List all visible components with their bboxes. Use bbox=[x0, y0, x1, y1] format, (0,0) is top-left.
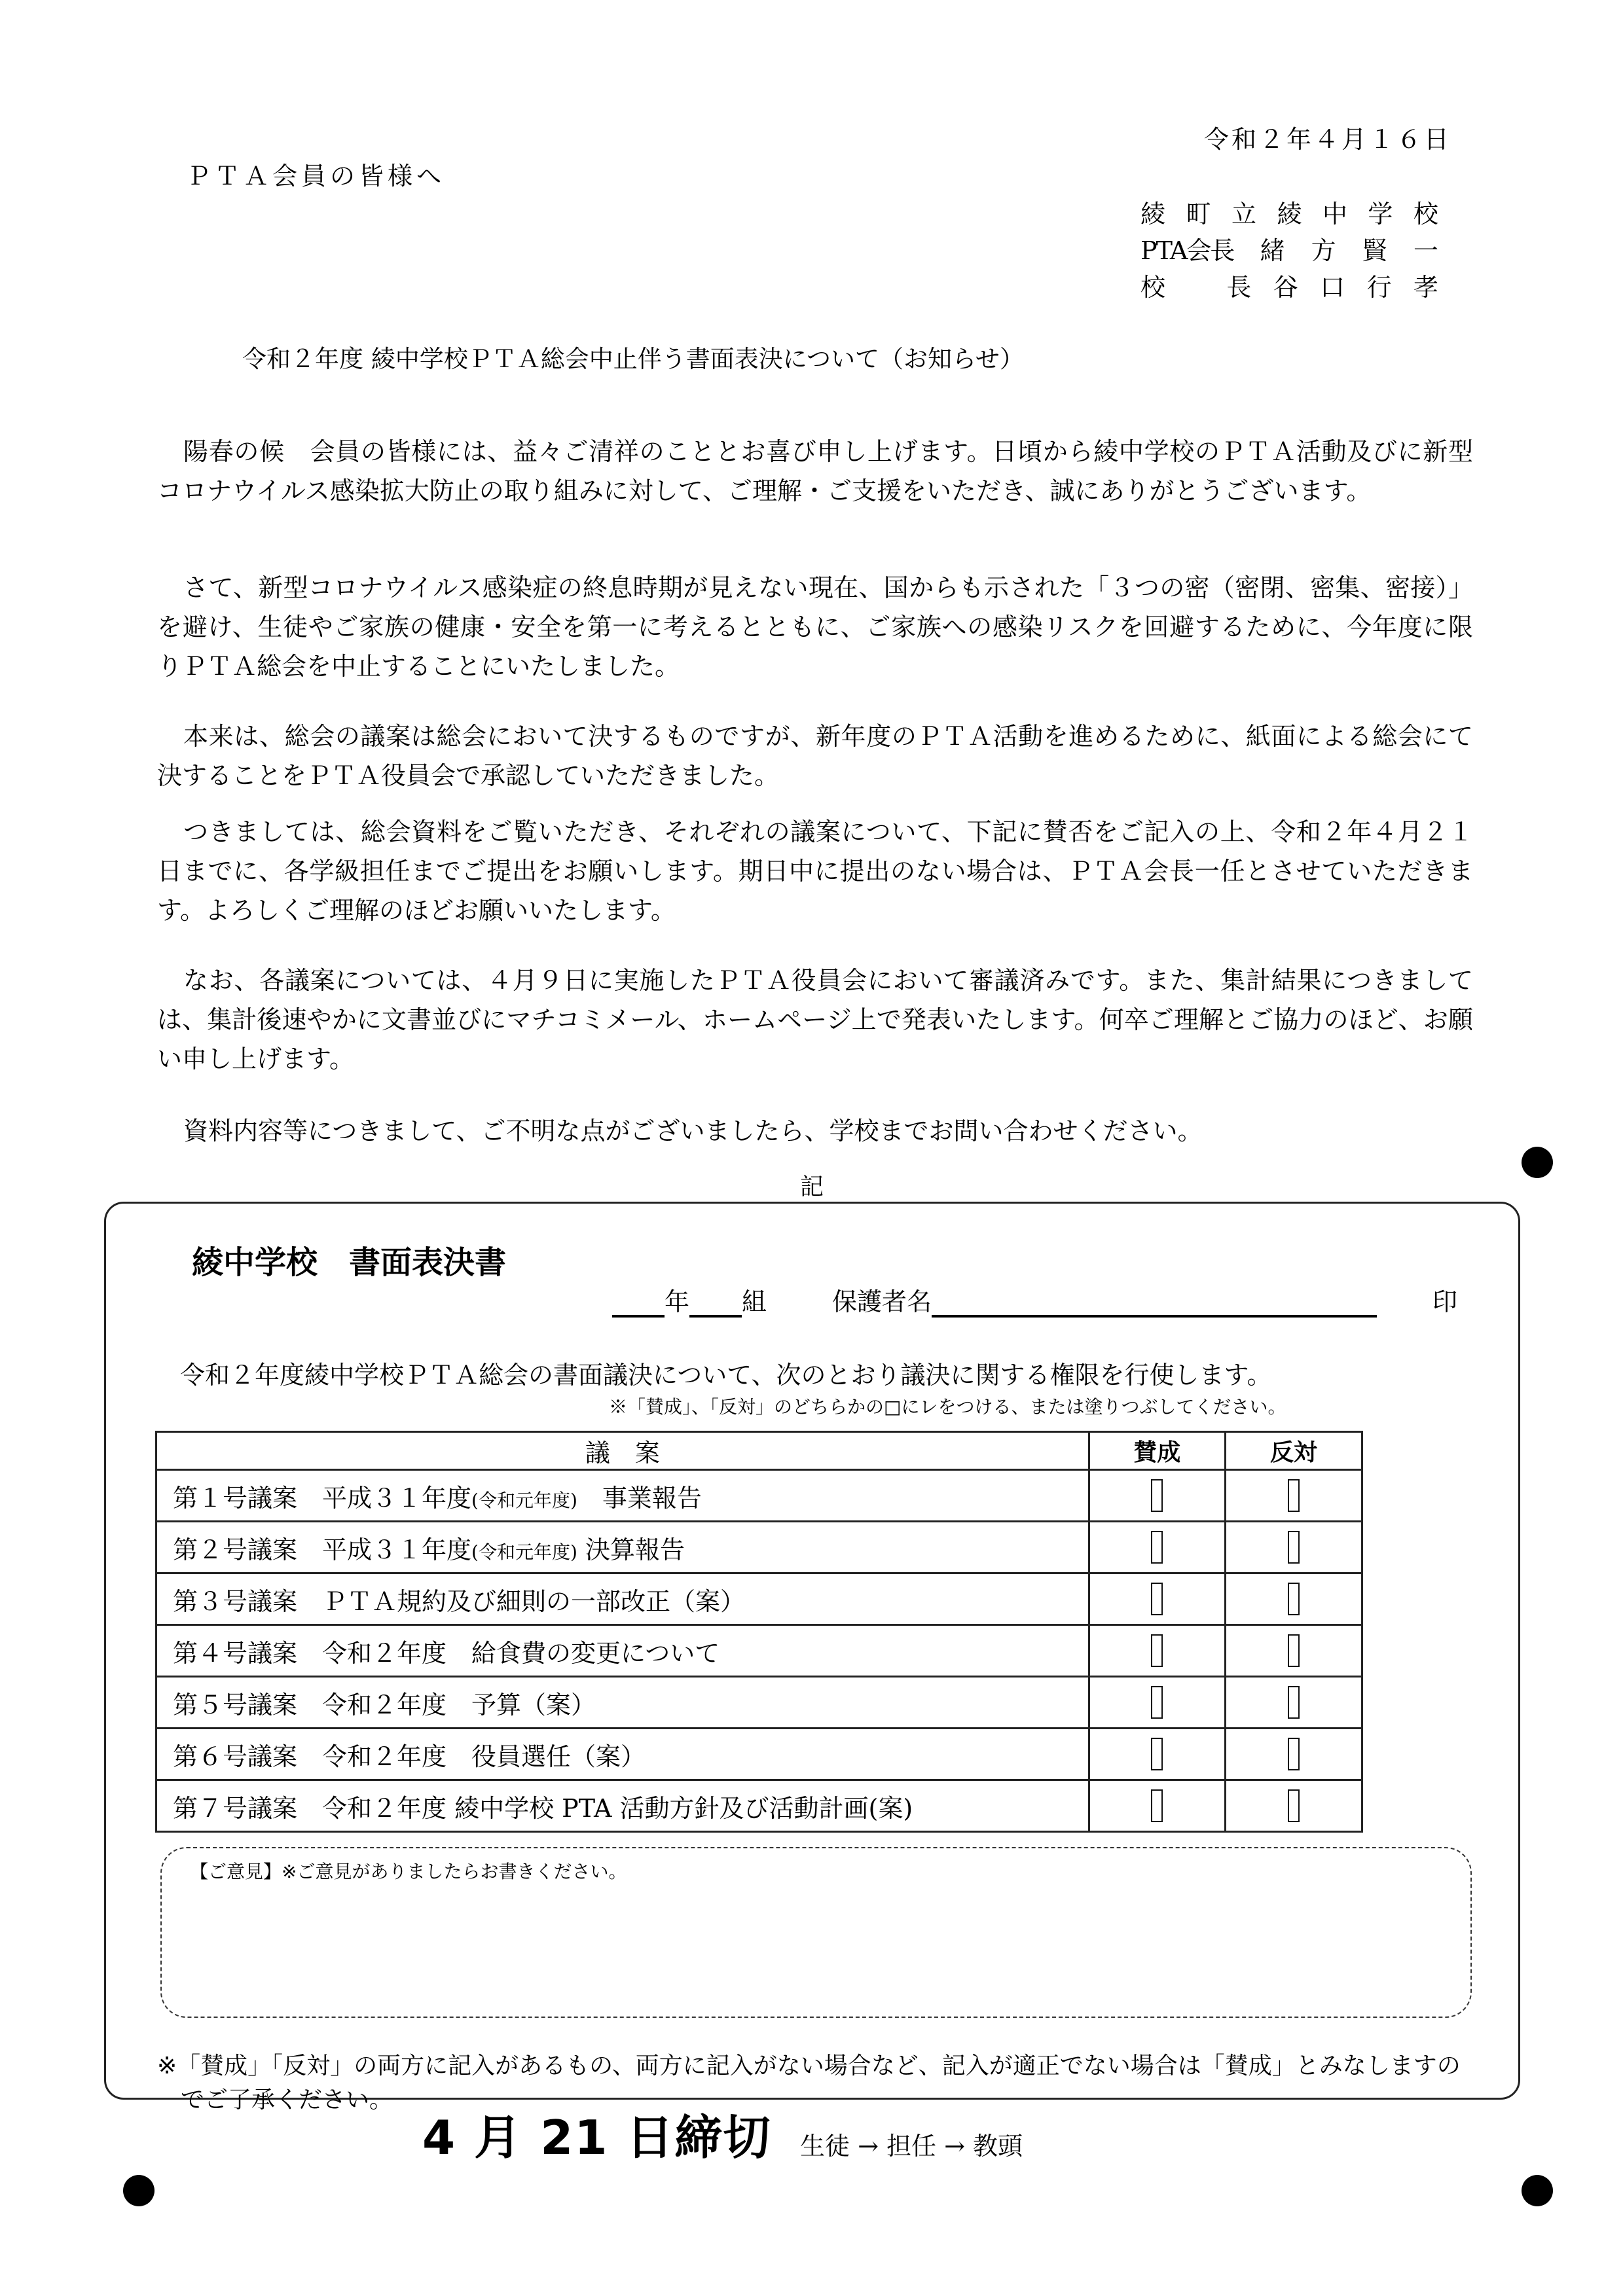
motion-label: 第２号議案 平成３１年度(令和元年度) 決算報告 bbox=[156, 1522, 1089, 1573]
grade-field[interactable] bbox=[612, 1290, 665, 1318]
sender-char: 行 bbox=[1367, 267, 1392, 303]
punch-hole-mark bbox=[1522, 2175, 1553, 2206]
ki-heading: 記 bbox=[800, 1168, 824, 1202]
motion-label: 第４号議案 令和２年度 給食費の変更について bbox=[156, 1625, 1089, 1677]
deadline-banner: 4 月 21 日締切 bbox=[422, 2100, 772, 2168]
motion-label: 第５号議案 令和２年度 予算（案） bbox=[156, 1677, 1089, 1729]
yes-checkbox[interactable] bbox=[1151, 1738, 1163, 1770]
resolution-text: 令和２年度綾中学校ＰＴＡ総会の書面議決について、次のとおり議決に関する権限を行使… bbox=[180, 1355, 1271, 1391]
no-checkbox[interactable] bbox=[1288, 1686, 1300, 1719]
table-row: 第７号議案 令和２年度 綾中学校 PTA 活動方針及び活動計画(案) bbox=[156, 1780, 1362, 1832]
motion-note: (令和元年度) bbox=[471, 1541, 577, 1563]
sender-char: 一 bbox=[1413, 230, 1438, 266]
punch-hole-mark bbox=[1522, 1147, 1553, 1178]
motion-label: 第６号議案 令和２年度 役員選任（案） bbox=[156, 1729, 1089, 1780]
sender-char: 方 bbox=[1311, 230, 1336, 266]
no-checkbox[interactable] bbox=[1288, 1738, 1300, 1770]
sender-char: 中 bbox=[1322, 194, 1347, 230]
table-row: 第５号議案 令和２年度 予算（案） bbox=[156, 1677, 1362, 1729]
body-paragraph-instructions: つきましては、総会資料をご覧いただき、それぞれの議案について、下記に賛否をご記入… bbox=[157, 812, 1473, 930]
motion-text: 事業報告 bbox=[577, 1484, 702, 1513]
guardian-name-field[interactable] bbox=[932, 1290, 1377, 1318]
sender-char: 孝 bbox=[1413, 267, 1438, 303]
no-checkbox[interactable] bbox=[1288, 1634, 1300, 1667]
yes-checkbox[interactable] bbox=[1151, 1479, 1163, 1512]
motions-table: 議 案 賛成 反対 第１号議案 平成３１年度(令和元年度) 事業報告 第２号議案… bbox=[155, 1431, 1363, 1833]
sender-role: PTA会長 bbox=[1140, 230, 1233, 266]
motion-label: 第３号議案 ＰＴＡ規約及び細則の一部改正（案） bbox=[156, 1573, 1089, 1625]
table-row: 第３号議案 ＰＴＡ規約及び細則の一部改正（案） bbox=[156, 1573, 1362, 1625]
sender-char: 校 bbox=[1413, 194, 1438, 230]
validity-footnote: ※「賛成」「反対」の両方に記入があるもの、両方に記入がない場合など、記入が適正で… bbox=[157, 2049, 1484, 2117]
seal-label: 印 bbox=[1432, 1282, 1457, 1318]
submission-route: 生徒 → 担任 → 教頭 bbox=[800, 2126, 1023, 2162]
sender-char: 綾 bbox=[1277, 194, 1302, 230]
header-no: 反対 bbox=[1225, 1432, 1362, 1470]
grade-label: 年 bbox=[665, 1282, 689, 1318]
sender-school: 綾 町 立 綾 中 学 校 bbox=[1140, 194, 1438, 230]
table-row: 第６号議案 令和２年度 役員選任（案） bbox=[156, 1729, 1362, 1780]
sender-char: 谷 bbox=[1273, 267, 1298, 303]
no-checkbox[interactable] bbox=[1288, 1531, 1300, 1564]
sender-char: 綾 bbox=[1140, 194, 1165, 230]
header-item: 議 案 bbox=[156, 1432, 1089, 1470]
class-label: 組 bbox=[742, 1282, 767, 1318]
signature-row: 年 組 保護者名 bbox=[612, 1282, 1377, 1318]
motion-note: (令和元年度) bbox=[471, 1490, 577, 1511]
yes-checkbox[interactable] bbox=[1151, 1789, 1163, 1822]
addressee: ＰＴＡ会員の皆様へ bbox=[186, 156, 445, 192]
yes-checkbox[interactable] bbox=[1151, 1634, 1163, 1667]
body-paragraph-contact: 資料内容等につきまして、ご不明な点がございましたら、学校までお問い合わせください… bbox=[157, 1111, 1473, 1151]
no-checkbox[interactable] bbox=[1288, 1789, 1300, 1822]
sender-char: 口 bbox=[1320, 267, 1345, 303]
form-title: 綾中学校 書面表決書 bbox=[192, 1237, 506, 1282]
yes-checkbox[interactable] bbox=[1151, 1531, 1163, 1564]
sender-principal: 校 長 谷 口 行 孝 bbox=[1140, 267, 1438, 303]
table-header-row: 議 案 賛成 反対 bbox=[156, 1432, 1362, 1470]
no-checkbox[interactable] bbox=[1288, 1583, 1300, 1615]
punch-hole-mark bbox=[123, 2175, 155, 2206]
document-date: 令和２年４月１６日 bbox=[1204, 119, 1451, 155]
header-yes: 賛成 bbox=[1089, 1432, 1225, 1470]
no-checkbox[interactable] bbox=[1288, 1479, 1300, 1512]
instruction-note: ※「賛成」、「反対」のどちらかの□にレをつける、または塗りつぶしてください。 bbox=[609, 1393, 1286, 1419]
table-row: 第１号議案 平成３１年度(令和元年度) 事業報告 bbox=[156, 1470, 1362, 1522]
yes-checkbox[interactable] bbox=[1151, 1583, 1163, 1615]
body-paragraph-results: なお、各議案については、４月９日に実施したＰＴＡ役員会において審議済みです。また… bbox=[157, 961, 1473, 1079]
sender-char: 長 bbox=[1226, 267, 1251, 303]
sender-char: 校 bbox=[1140, 267, 1165, 303]
sender-char: 学 bbox=[1368, 194, 1393, 230]
class-field[interactable] bbox=[689, 1290, 742, 1318]
motion-label: 第７号議案 令和２年度 綾中学校 PTA 活動方針及び活動計画(案) bbox=[156, 1780, 1089, 1832]
opinion-label: 【ご意見】※ご意見がありましたらお書きください。 bbox=[190, 1857, 627, 1884]
motion-text: 第１号議案 平成３１年度 bbox=[173, 1484, 471, 1513]
sender-char: 町 bbox=[1186, 194, 1211, 230]
sender-char: 賢 bbox=[1362, 230, 1387, 266]
motion-text: 決算報告 bbox=[577, 1535, 685, 1564]
sender-char: 立 bbox=[1231, 194, 1256, 230]
motion-text: 第２号議案 平成３１年度 bbox=[173, 1535, 471, 1564]
body-paragraph-cancellation: さて、新型コロナウイルス感染症の終息時期が見えない現在、国からも示された「３つの… bbox=[157, 568, 1473, 686]
table-row: 第４号議案 令和２年度 給食費の変更について bbox=[156, 1625, 1362, 1677]
guardian-label: 保護者名 bbox=[832, 1282, 932, 1318]
body-paragraph-written-vote: 本来は、総会の議案は総会において決するものですが、新年度のＰＴＡ活動を進めるため… bbox=[157, 717, 1473, 795]
sender-char: 緒 bbox=[1260, 230, 1285, 266]
sender-pta-president: PTA会長 緒 方 賢 一 bbox=[1140, 230, 1438, 266]
document-subject: 令和２年度 綾中学校ＰＴＡ総会中止伴う書面表決について（お知らせ） bbox=[242, 339, 1024, 374]
motion-label: 第１号議案 平成３１年度(令和元年度) 事業報告 bbox=[156, 1470, 1089, 1522]
body-paragraph-greeting: 陽春の候 会員の皆様には、益々ご清祥のこととお喜び申し上げます。日頃から綾中学校… bbox=[157, 432, 1473, 511]
table-row: 第２号議案 平成３１年度(令和元年度) 決算報告 bbox=[156, 1522, 1362, 1573]
yes-checkbox[interactable] bbox=[1151, 1686, 1163, 1719]
